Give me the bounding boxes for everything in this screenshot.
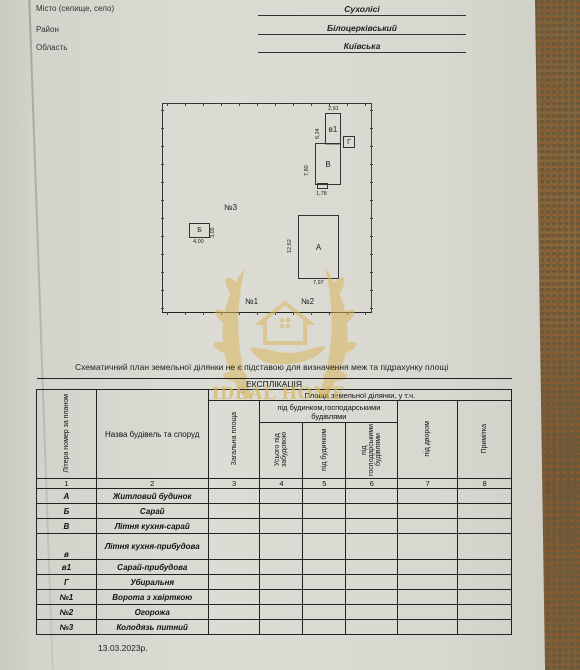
row-empty-cell xyxy=(208,489,260,504)
header-col5-text: під будинком xyxy=(321,424,328,476)
dim-a-width: 7,97 xyxy=(313,280,324,286)
plan-tick xyxy=(370,200,373,201)
table-row: №3Колодязь питний xyxy=(37,620,512,635)
plan-tick xyxy=(161,218,164,219)
row-empty-cell xyxy=(398,534,458,560)
row-empty-cell xyxy=(458,605,512,620)
region-label: Область xyxy=(36,43,67,52)
plan-tick xyxy=(161,164,164,165)
plan-tick xyxy=(257,103,258,106)
dim-b-length: 3,05 xyxy=(210,227,216,238)
plan-tick xyxy=(329,103,330,106)
col-number: 8 xyxy=(458,479,512,489)
row-empty-cell xyxy=(346,605,398,620)
plan-tick xyxy=(161,254,164,255)
row-letter: Б xyxy=(37,504,97,519)
row-empty-cell xyxy=(208,534,260,560)
header-col4-text: Усього під забудовою xyxy=(274,424,288,476)
dim-v-length: 7,80 xyxy=(304,165,310,176)
plan-tick xyxy=(161,290,164,291)
row-name: Літня кухня-прибудова xyxy=(96,534,208,560)
row-empty-cell xyxy=(398,575,458,590)
row-empty-cell xyxy=(303,534,346,560)
plan-tick xyxy=(365,103,366,106)
row-empty-cell xyxy=(458,560,512,575)
row-empty-cell xyxy=(346,489,398,504)
plan-tick xyxy=(161,200,164,201)
plan-tick xyxy=(161,236,164,237)
row-empty-cell xyxy=(260,575,303,590)
marker-3: №3 xyxy=(224,203,237,212)
row-empty-cell xyxy=(260,534,303,560)
header-col4: Усього під забудовою xyxy=(260,423,303,479)
row-name: Ворота з хвірткою xyxy=(96,590,208,605)
header-col2: Назва будівель та споруд xyxy=(96,390,208,479)
table-row: №2Огорожа xyxy=(37,605,512,620)
plan-tick xyxy=(275,312,276,315)
row-letter: №3 xyxy=(37,620,97,635)
row-name: Убиральня xyxy=(96,575,208,590)
row-empty-cell xyxy=(458,534,512,560)
table-title: ЕКСПЛІКАЦІЯ xyxy=(37,379,512,390)
plan-tick xyxy=(370,290,373,291)
header-col6-text: під господарськими будівлями xyxy=(361,424,382,476)
plan-tick xyxy=(167,103,168,106)
building-b: Б xyxy=(189,223,210,238)
row-empty-cell xyxy=(260,519,303,534)
row-empty-cell xyxy=(398,489,458,504)
building-v1-label: в1 xyxy=(329,125,338,134)
col-number: 5 xyxy=(303,479,346,489)
table-row: вЛітня кухня-прибудова xyxy=(37,534,512,560)
building-v1: в1 xyxy=(325,113,341,145)
row-empty-cell xyxy=(260,504,303,519)
table-row: №1Ворота з хвірткою xyxy=(37,590,512,605)
district-label: Район xyxy=(36,25,59,34)
building-v-label: В xyxy=(325,160,330,169)
plan-tick xyxy=(239,312,240,315)
dim-b-width: 4,00 xyxy=(193,239,204,245)
row-empty-cell xyxy=(398,519,458,534)
marker-2: №2 xyxy=(301,297,314,306)
row-empty-cell xyxy=(346,534,398,560)
row-empty-cell xyxy=(303,605,346,620)
col-number: 3 xyxy=(208,479,260,489)
row-empty-cell xyxy=(458,504,512,519)
row-empty-cell xyxy=(458,620,512,635)
row-empty-cell xyxy=(398,620,458,635)
explication-table: ЕКСПЛІКАЦІЯ Літера номер за планом Назва… xyxy=(36,378,512,635)
row-empty-cell xyxy=(398,590,458,605)
row-empty-cell xyxy=(260,605,303,620)
plan-tick xyxy=(221,312,222,315)
table-row: ГУбиральня xyxy=(37,575,512,590)
plan-tick xyxy=(365,312,366,315)
plan-tick xyxy=(257,312,258,315)
header-col3: Загальна площа xyxy=(208,401,260,479)
row-name: Літня кухня-сарай xyxy=(96,519,208,534)
col-number: 4 xyxy=(260,479,303,489)
row-letter: в xyxy=(37,534,97,560)
plan-tick xyxy=(275,103,276,106)
row-empty-cell xyxy=(208,560,260,575)
row-empty-cell xyxy=(303,575,346,590)
plan-tick xyxy=(161,308,164,309)
row-empty-cell xyxy=(303,489,346,504)
row-empty-cell xyxy=(303,560,346,575)
row-empty-cell xyxy=(303,519,346,534)
col-number: 6 xyxy=(346,479,398,489)
row-empty-cell xyxy=(398,504,458,519)
plan-tick xyxy=(370,110,373,111)
header-group-main: Площа земельної ділянки, у т.ч. xyxy=(208,390,511,401)
plan-tick xyxy=(347,312,348,315)
small-annex xyxy=(317,183,328,189)
row-empty-cell xyxy=(458,590,512,605)
site-plan: в1 2,91 6,24 В 7,80 1,78 Г А 12,62 7,97 … xyxy=(162,103,372,313)
row-empty-cell xyxy=(303,620,346,635)
plan-tick xyxy=(370,182,373,183)
row-empty-cell xyxy=(208,590,260,605)
plan-tick xyxy=(185,312,186,315)
row-empty-cell xyxy=(398,605,458,620)
building-b-label: Б xyxy=(197,227,202,234)
district-value: Білоцерківський xyxy=(258,23,466,35)
plan-disclaimer: Схематичний план земельної ділянки не є … xyxy=(75,362,448,372)
row-empty-cell xyxy=(458,489,512,504)
table-row: в1Сарай-прибудова xyxy=(37,560,512,575)
row-empty-cell xyxy=(398,560,458,575)
row-empty-cell xyxy=(303,504,346,519)
row-name: Сарай-прибудова xyxy=(96,560,208,575)
row-letter: в1 xyxy=(37,560,97,575)
dim-a-length: 12,62 xyxy=(287,239,293,253)
plan-tick xyxy=(370,218,373,219)
plan-tick xyxy=(239,103,240,106)
row-name: Огорожа xyxy=(96,605,208,620)
plan-tick xyxy=(161,128,164,129)
row-empty-cell xyxy=(346,575,398,590)
row-empty-cell xyxy=(346,519,398,534)
region-value: Київська xyxy=(258,41,466,53)
plan-tick xyxy=(311,103,312,106)
plan-tick xyxy=(221,103,222,106)
row-empty-cell xyxy=(303,590,346,605)
row-letter: №1 xyxy=(37,590,97,605)
row-empty-cell xyxy=(458,519,512,534)
row-empty-cell xyxy=(346,590,398,605)
plan-tick xyxy=(293,312,294,315)
row-empty-cell xyxy=(260,489,303,504)
building-v: В xyxy=(315,143,341,185)
col-number: 1 xyxy=(37,479,97,489)
dim-v1-width: 2,91 xyxy=(328,106,339,112)
plan-tick xyxy=(370,236,373,237)
plan-tick xyxy=(370,164,373,165)
row-empty-cell xyxy=(260,620,303,635)
header-col7-text: під двором xyxy=(424,421,431,457)
plan-tick xyxy=(370,254,373,255)
row-letter: А xyxy=(37,489,97,504)
table-row: ВЛітня кухня-сарай xyxy=(37,519,512,534)
row-empty-cell xyxy=(208,620,260,635)
table-row: АЖитловий будинок xyxy=(37,489,512,504)
header-col6: під господарськими будівлями xyxy=(346,423,398,479)
plan-tick xyxy=(311,312,312,315)
plan-tick xyxy=(370,308,373,309)
row-empty-cell xyxy=(260,590,303,605)
plan-tick xyxy=(370,128,373,129)
building-a-label: А xyxy=(316,243,321,252)
city-value: Сухолісі xyxy=(258,4,466,16)
header-col5: під будинком xyxy=(303,423,346,479)
header-col1: Літера номер за планом xyxy=(37,390,97,479)
row-letter: №2 xyxy=(37,605,97,620)
dim-v1-length: 6,24 xyxy=(315,128,321,139)
document-page: Місто (селище, село) Сухолісі Район Біло… xyxy=(0,0,545,670)
row-empty-cell xyxy=(346,560,398,575)
header-group-sub: під будинком,господарськими будівлями xyxy=(260,401,398,423)
plan-tick xyxy=(185,103,186,106)
header-col8: Примітка xyxy=(458,401,512,479)
dim-v-width: 1,78 xyxy=(316,191,327,197)
plan-tick xyxy=(370,146,373,147)
plan-tick xyxy=(167,312,168,315)
row-letter: Г xyxy=(37,575,97,590)
building-g-label: Г xyxy=(347,139,351,146)
plan-tick xyxy=(370,272,373,273)
plan-tick xyxy=(329,312,330,315)
row-empty-cell xyxy=(208,605,260,620)
row-empty-cell xyxy=(208,575,260,590)
row-empty-cell xyxy=(346,504,398,519)
row-empty-cell xyxy=(208,504,260,519)
document-date: 13.03.2023р. xyxy=(98,643,148,653)
row-empty-cell xyxy=(346,620,398,635)
marker-1: №1 xyxy=(245,297,258,306)
plan-tick xyxy=(347,103,348,106)
column-numbers-row: 1 2 3 4 5 6 7 8 xyxy=(37,479,512,489)
plan-tick xyxy=(203,312,204,315)
plan-tick xyxy=(293,103,294,106)
header-col8-text: Примітка xyxy=(481,424,488,454)
col-number: 2 xyxy=(96,479,208,489)
row-name: Житловий будинок xyxy=(96,489,208,504)
plan-tick xyxy=(203,103,204,106)
row-empty-cell xyxy=(208,519,260,534)
header-col1-text: Літера номер за планом xyxy=(63,394,70,473)
header-col7: під двором xyxy=(398,401,458,479)
header-col3-text: Загальна площа xyxy=(231,412,238,465)
building-a: А xyxy=(298,215,339,279)
col-number: 7 xyxy=(398,479,458,489)
row-name: Колодязь питний xyxy=(96,620,208,635)
table-row: БСарай xyxy=(37,504,512,519)
plan-tick xyxy=(161,146,164,147)
plan-tick xyxy=(161,272,164,273)
row-name: Сарай xyxy=(96,504,208,519)
city-label: Місто (селище, село) xyxy=(36,4,114,13)
row-empty-cell xyxy=(458,575,512,590)
plan-tick xyxy=(161,182,164,183)
row-letter: В xyxy=(37,519,97,534)
plan-tick xyxy=(161,110,164,111)
building-g: Г xyxy=(343,136,355,148)
row-empty-cell xyxy=(260,560,303,575)
